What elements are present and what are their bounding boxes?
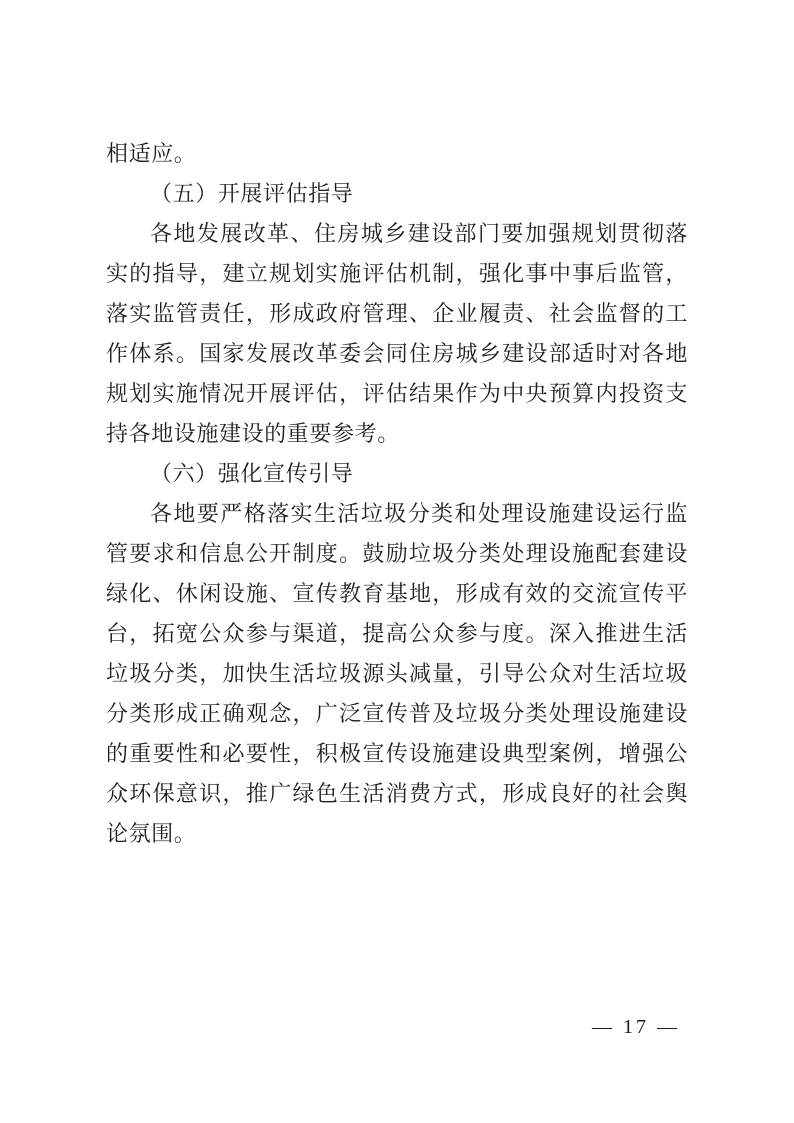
- section-heading-6: （六）强化宣传引导: [106, 454, 688, 494]
- document-page: 相适应。 （五）开展评估指导 各地发展改革、住房城乡建设部门要加强规划贯彻落实的…: [0, 0, 794, 1123]
- paragraph-continuation: 相适应。: [106, 134, 688, 174]
- paragraph-section-5: 各地发展改革、住房城乡建设部门要加强规划贯彻落实的指导，建立规划实施评估机制，强…: [106, 214, 688, 454]
- paragraph-section-6: 各地要严格落实生活垃圾分类和处理设施建设运行监管要求和信息公开制度。鼓励垃圾分类…: [106, 494, 688, 854]
- page-number: — 17 —: [592, 1012, 680, 1042]
- document-body: 相适应。 （五）开展评估指导 各地发展改革、住房城乡建设部门要加强规划贯彻落实的…: [106, 134, 688, 854]
- section-heading-5: （五）开展评估指导: [106, 174, 688, 214]
